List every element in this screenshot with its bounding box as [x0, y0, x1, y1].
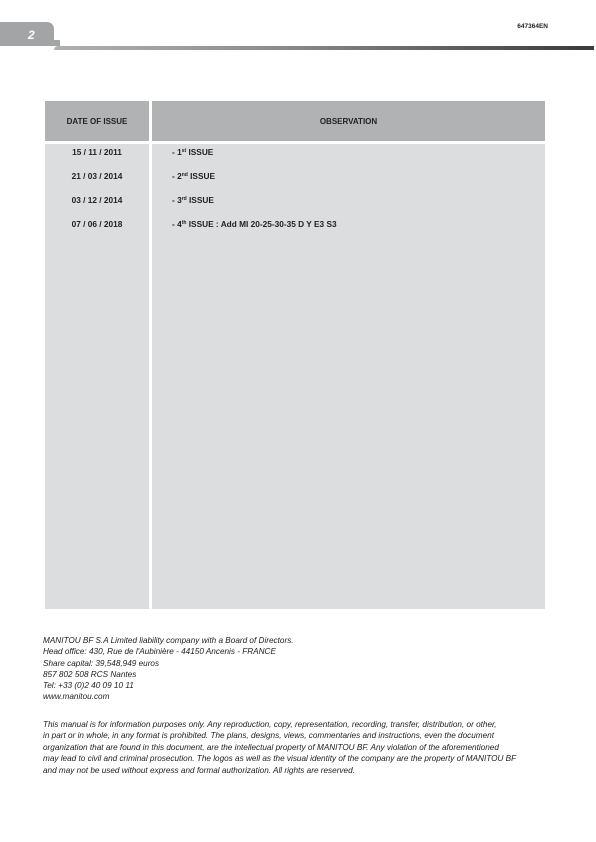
issue-date: 03 / 12 / 2014 [45, 195, 149, 205]
legal-notice-line: organization that are found in this docu… [43, 742, 553, 753]
company-info-line: Share capital: 39,548,949 euros [43, 658, 294, 669]
company-info-line: 857 802 508 RCS Nantes [43, 669, 294, 680]
company-info: MANITOU BF S.A Limited liability company… [43, 635, 294, 703]
column-header-observation: OBSERVATION [152, 101, 545, 141]
page-number: 2 [28, 28, 35, 42]
company-info-line: www.manitou.com [43, 691, 294, 702]
company-info-line: MANITOU BF S.A Limited liability company… [43, 635, 294, 646]
issue-observation: - 2nd ISSUE [172, 171, 215, 181]
page-number-tab [0, 22, 54, 46]
document-code: 647364EN [517, 23, 548, 30]
legal-notice-line: and may not be used without express and … [43, 765, 553, 776]
legal-notice-line: may lead to civil and criminal prosecuti… [43, 753, 553, 764]
header-rule [54, 46, 594, 50]
issue-date: 07 / 06 / 2018 [45, 219, 149, 229]
issue-observation: - 4th ISSUE : Add MI 20-25-30-35 D Y E3 … [172, 219, 337, 229]
legal-notice: This manual is for information purposes … [43, 719, 553, 776]
issue-date: 21 / 03 / 2014 [45, 171, 149, 181]
company-info-line: Tel: +33 (0)2 40 09 10 11 [43, 680, 294, 691]
issue-date: 15 / 11 / 2011 [45, 147, 149, 157]
legal-notice-line: This manual is for information purposes … [43, 719, 553, 730]
revision-history-table: DATE OF ISSUE OBSERVATION 15 / 11 / 2011… [45, 101, 545, 609]
company-info-line: Head office: 430, Rue de l'Aubinière - 4… [43, 646, 294, 657]
issue-observation: - 1st ISSUE [172, 147, 213, 157]
issue-observation: - 3rd ISSUE [172, 195, 214, 205]
date-column-body: 15 / 11 / 201121 / 03 / 201403 / 12 / 20… [45, 144, 149, 609]
observation-column-body: - 1st ISSUE- 2nd ISSUE- 3rd ISSUE- 4th I… [152, 144, 545, 609]
legal-notice-line: in part or in whole, in any format is pr… [43, 730, 553, 741]
column-header-date: DATE OF ISSUE [45, 101, 149, 141]
